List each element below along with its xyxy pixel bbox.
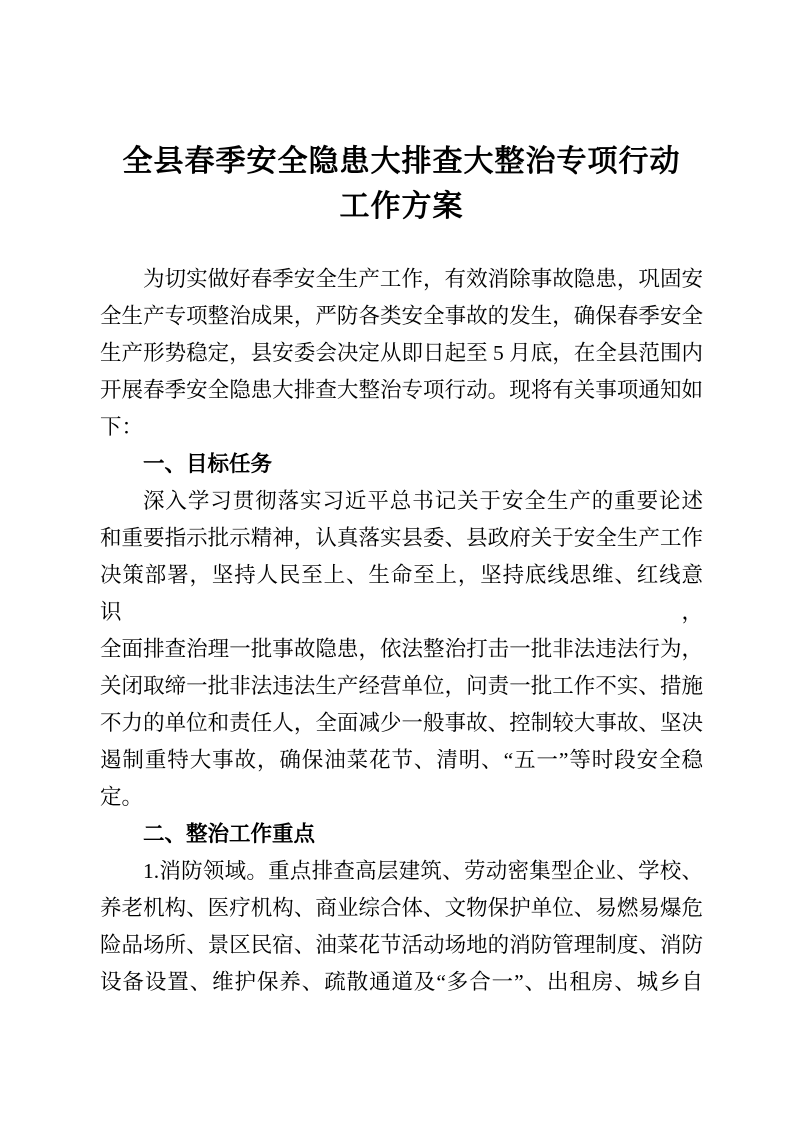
goals-line-7: 遏制重特大事故，确保油菜花节、清明、“五一”等时段安全稳	[100, 742, 703, 779]
fire-line-1: 1.消防领域。重点排查高层建筑、劳动密集型企业、学校、	[100, 853, 703, 890]
intro-line-4: 开展春季安全隐患大排查大整治专项行动。现将有关事项通知如	[100, 372, 703, 409]
fire-safety-paragraph: 1.消防领域。重点排查高层建筑、劳动密集型企业、学校、 养老机构、医疗机构、商业…	[100, 853, 703, 1001]
fire-line-4: 设备设置、维护保养、疏散通道及“多合一”、出租房、城乡自	[100, 964, 703, 1001]
goals-line-5: 关闭取缔一批非法违法生产经营单位，问责一批工作不实、措施	[100, 668, 703, 705]
goals-line-3: 决策部署，坚持人民至上、生命至上，坚持底线思维、红线意识，	[100, 557, 703, 631]
goals-paragraph: 深入学习贯彻落实习近平总书记关于安全生产的重要论述 和重要指示批示精神，认真落实…	[100, 483, 703, 816]
intro-line-5: 下：	[100, 409, 703, 446]
goals-line-2: 和重要指示批示精神，认真落实县委、县政府关于安全生产工作	[100, 520, 703, 557]
document-page: 全县春季安全隐患大排查大整治专项行动 工作方案 为切实做好春季安全生产工作，有效…	[0, 0, 793, 1122]
intro-line-3: 生产形势稳定，县安委会决定从即日起至 5 月底，在全县范围内	[100, 335, 703, 372]
intro-line-2: 全生产专项整治成果，严防各类安全事故的发生，确保春季安全	[100, 298, 703, 335]
title-line-1: 全县春季安全隐患大排查大整治专项行动	[100, 139, 703, 184]
document-title: 全县春季安全隐患大排查大整治专项行动 工作方案	[100, 139, 703, 229]
fire-line-2: 养老机构、医疗机构、商业综合体、文物保护单位、易燃易爆危	[100, 890, 703, 927]
intro-line-1: 为切实做好春季安全生产工作，有效消除事故隐患，巩固安	[100, 261, 703, 298]
goals-line-6: 不力的单位和责任人，全面减少一般事故、控制较大事故、坚决	[100, 705, 703, 742]
document-body: 为切实做好春季安全生产工作，有效消除事故隐患，巩固安 全生产专项整治成果，严防各…	[100, 261, 703, 1001]
goals-line-4: 全面排查治理一批事故隐患，依法整治打击一批非法违法行为，	[100, 631, 703, 668]
goals-line-8: 定。	[100, 779, 703, 816]
goals-section-heading: 一、目标任务	[100, 446, 703, 483]
focus-section-heading: 二、整治工作重点	[100, 816, 703, 853]
goals-line-1: 深入学习贯彻落实习近平总书记关于安全生产的重要论述	[100, 483, 703, 520]
title-line-2: 工作方案	[100, 184, 703, 229]
fire-line-3: 险品场所、景区民宿、油菜花节活动场地的消防管理制度、消防	[100, 927, 703, 964]
intro-paragraph: 为切实做好春季安全生产工作，有效消除事故隐患，巩固安 全生产专项整治成果，严防各…	[100, 261, 703, 446]
